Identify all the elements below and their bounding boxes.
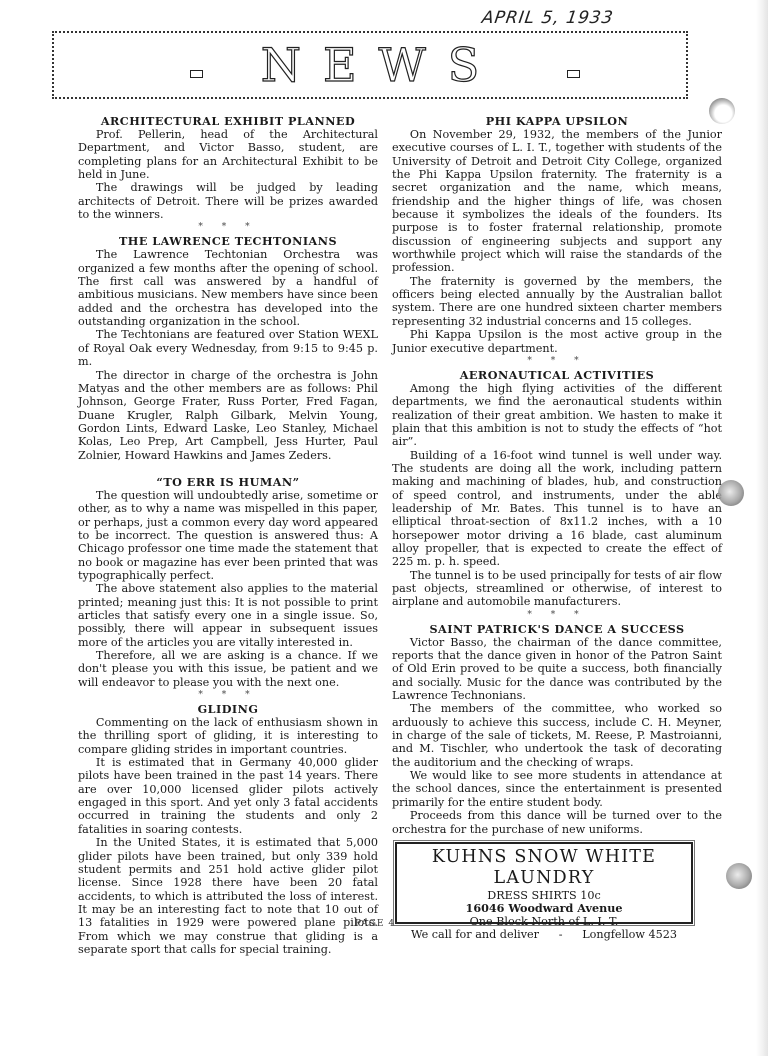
paragraph: In the United States, it is estimated th… <box>78 836 378 956</box>
punch-hole-icon <box>709 98 735 124</box>
article-saint-patricks-dance: SAINT PATRICK'S DANCE A SUCCESS Victor B… <box>392 622 722 836</box>
section-divider: * * * <box>78 222 378 232</box>
headline: SAINT PATRICK'S DANCE A SUCCESS <box>392 622 722 636</box>
headline: THE LAWRENCE TECHTONIANS <box>78 234 378 248</box>
article-architectural-exhibit: ARCHITECTURAL EXHIBIT PLANNED Prof. Pell… <box>78 114 378 221</box>
article-phi-kappa-upsilon: PHI KAPPA UPSILON On November 29, 1932, … <box>392 114 722 355</box>
page-number: PAGE 4 <box>355 919 395 929</box>
paragraph: The drawings will be judged by leading a… <box>78 181 378 221</box>
handwritten-date: APRIL 5, 1933 <box>481 8 615 28</box>
article-aeronautical-activities: AERONAUTICAL ACTIVITIES Among the high f… <box>392 368 722 609</box>
section-divider: * * * <box>392 610 722 620</box>
paragraph: We would like to see more students in at… <box>392 769 722 809</box>
ad-separator: - <box>559 928 563 942</box>
paragraph: The Techtonians are featured over Statio… <box>78 328 378 368</box>
paragraph: It is estimated that in Germany 40,000 g… <box>78 756 378 836</box>
headline: ARCHITECTURAL EXHIBIT PLANNED <box>78 114 378 128</box>
article-gliding: GLIDING Commenting on the lack of enthus… <box>78 702 378 956</box>
paragraph: Proceeds from this dance will be turned … <box>392 809 722 836</box>
right-column: PHI KAPPA UPSILON On November 29, 1932, … <box>392 114 722 836</box>
headline: AERONAUTICAL ACTIVITIES <box>392 368 722 382</box>
paragraph: The above statement also applies to the … <box>78 582 378 649</box>
masthead-title: NEWS <box>54 33 686 97</box>
headline: “TO ERR IS HUMAN” <box>78 475 378 489</box>
paragraph: The question will undoubtedly arise, som… <box>78 489 378 582</box>
paragraph: The members of the committee, who worked… <box>392 702 722 769</box>
article-lawrence-techtonians: THE LAWRENCE TECHTONIANS The Lawrence Te… <box>78 234 378 462</box>
section-divider: * * * <box>78 690 378 700</box>
paragraph: The fraternity is governed by the member… <box>392 275 722 328</box>
punch-hole-icon <box>718 480 744 506</box>
laundry-advertisement: KUHNS SNOW WHITE LAUNDRY DRESS SHIRTS 10… <box>395 842 693 924</box>
paragraph: Phi Kappa Upsilon is the most active gro… <box>392 328 722 355</box>
paragraph: Commenting on the lack of enthusiasm sho… <box>78 716 378 756</box>
article-to-err-is-human: “TO ERR IS HUMAN” The question will undo… <box>78 475 378 689</box>
headline: GLIDING <box>78 702 378 716</box>
paragraph: Prof. Pellerin, head of the Architectura… <box>78 128 378 181</box>
section-divider: * * * <box>392 356 722 366</box>
scan-edge-shadow <box>756 0 768 1056</box>
ad-line-address: 16046 Woodward Avenue <box>397 902 691 915</box>
paragraph: Therefore, all we are asking is a chance… <box>78 649 378 689</box>
paragraph: Victor Basso, the chairman of the dance … <box>392 636 722 703</box>
paragraph: Building of a 16-foot wind tunnel is wel… <box>392 449 722 569</box>
ad-delivery-text: We call for and deliver <box>411 928 539 942</box>
ad-title: KUHNS SNOW WHITE LAUNDRY <box>397 847 691 889</box>
paragraph: Among the high flying activities of the … <box>392 382 722 449</box>
ad-phone: Longfellow 4523 <box>582 928 677 942</box>
ad-footer: We call for and deliver - Longfellow 452… <box>397 928 691 942</box>
ad-line-location: One Block North of L. I. T. <box>397 915 691 928</box>
paragraph: The Lawrence Techtonian Orchestra was or… <box>78 248 378 328</box>
paragraph: On November 29, 1932, the members of the… <box>392 128 722 275</box>
left-column: ARCHITECTURAL EXHIBIT PLANNED Prof. Pell… <box>78 114 378 956</box>
punch-hole-icon <box>726 863 752 889</box>
paragraph: The director in charge of the orchestra … <box>78 369 378 462</box>
masthead-ornament-right <box>567 70 580 78</box>
paragraph: The tunnel is to be used principally for… <box>392 569 722 609</box>
headline: PHI KAPPA UPSILON <box>392 114 722 128</box>
masthead: NEWS <box>52 31 688 99</box>
